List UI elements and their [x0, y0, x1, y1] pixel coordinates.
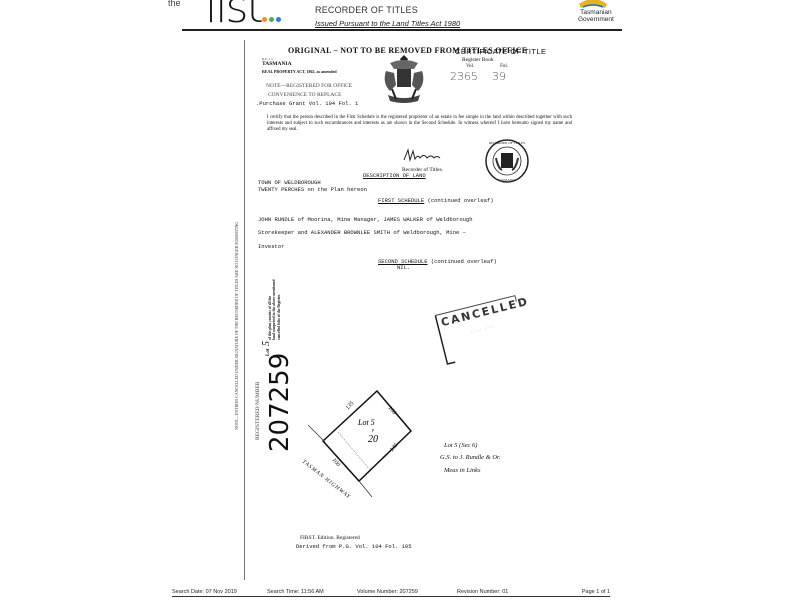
government-label: Tasmanian Government — [578, 9, 614, 23]
first-schedule-label: FIRST SCHEDULE — [378, 197, 424, 204]
svg-text:TASMANIA: TASMANIA — [498, 178, 517, 182]
logo-dots — [262, 17, 281, 22]
lot-prefix: Lot — [266, 349, 271, 357]
plan-note-lot: Lot 5 (Sec 6) — [444, 440, 500, 452]
svg-text:····· ····: ····· ···· — [470, 324, 495, 335]
revision-number: Revision Number: 01 — [457, 589, 567, 595]
lot-note-line3: cancelled folio of the Register. — [277, 280, 281, 341]
certificate-title: CERTIFICATE OF TITLE — [455, 47, 546, 56]
owners-line2: Storekeeper and ALEXANDER BROWNLEE SMITH… — [258, 226, 473, 239]
svg-text:CANCELLED: CANCELLED — [440, 295, 528, 329]
vol-value: 2365 — [450, 70, 478, 83]
cancellation-note: NOTE—ENTRIES CANCELLED UNDER SIGNATURE O… — [234, 221, 239, 430]
note-line2: CONVENIENCE TO REPLACE — [266, 91, 352, 100]
land-description: TOWN OF WELDBOROUGH TWENTY PERCHES on th… — [258, 179, 367, 193]
government-line1: Tasmanian — [578, 9, 614, 16]
lot-margin-note: of this plan consists of all the land co… — [268, 280, 281, 341]
lot-number-margin: Lot 5 — [261, 341, 272, 356]
edition-line: FIRST. Edition. Registered — [300, 535, 360, 541]
cancelled-stamp: CANCELLED ····· ···· — [433, 285, 528, 365]
register-book-label: Register Book — [462, 57, 494, 63]
vol-fol-labels: Vol. Fol. — [466, 64, 508, 69]
the-list-logo: LIST — [205, 0, 262, 30]
owners-line3: Investor — [258, 240, 473, 253]
lot-number: 5 — [261, 341, 272, 346]
plan-note-measure: Meas in Links — [444, 465, 500, 477]
margin-rule — [244, 40, 245, 580]
header-title: RECORDER OF TITLES — [315, 5, 418, 15]
recorder-signature — [402, 148, 442, 164]
registered-note: NOTE—REGISTERED FOR OFFICE CONVENIENCE T… — [266, 82, 352, 100]
header-subtitle: Issued Pursuant to the Land Titles Act 1… — [315, 19, 460, 28]
svg-text:20: 20 — [368, 434, 378, 445]
header-rule — [182, 29, 622, 31]
svg-text:100: 100 — [387, 405, 397, 416]
first-schedule-owners: JOHN RUNDLE of Moorina, Mine Manager, JA… — [258, 213, 473, 253]
second-schedule-value: NIL. — [397, 264, 410, 271]
recorder-of-titles-seal-icon: RECORDER OF TITLES TASMANIA — [484, 138, 530, 184]
volume-number: Volume Number: 207259 — [357, 589, 457, 595]
derived-line: Derived from P.G. Vol. 104 Fol. 105 — [296, 543, 412, 550]
government-line2: Government — [578, 16, 614, 23]
search-footer: Search Date: 07 Nov 2019 Search Time: 11… — [172, 589, 610, 597]
plan-note-grant: G.S. to J. Rundle & Or. — [440, 452, 500, 464]
page-indicator: Page 1 of 1 — [567, 589, 610, 595]
vol-fol-values: 2365 39 — [450, 70, 506, 83]
second-schedule-note: (continued overleaf) — [428, 258, 497, 265]
svg-text:Lot 5: Lot 5 — [357, 418, 375, 427]
fol-value: 39 — [492, 70, 506, 83]
registered-number-label: REGISTERED NUMBER — [255, 381, 261, 440]
royal-coat-of-arms-icon — [380, 55, 428, 107]
search-date: Search Date: 07 Nov 2019 — [172, 589, 267, 595]
svg-text:135: 135 — [345, 401, 355, 412]
logo-dot-green — [269, 17, 274, 22]
first-schedule-note: (continued overleaf) — [424, 197, 493, 204]
fol-label: Fol. — [500, 64, 508, 69]
purchase-grant: .Purchase Grant Vol. 104 Fol. 1 — [256, 100, 358, 107]
plan-notes: Lot 5 (Sec 6) G.S. to J. Rundle & Or. Me… — [444, 440, 500, 477]
logo-dot-orange — [262, 17, 267, 22]
svg-text:RECORDER OF TITLES: RECORDER OF TITLES — [489, 141, 526, 145]
logo-prefix: the — [168, 0, 181, 8]
town-line: TOWN OF WELDBOROUGH — [258, 179, 367, 186]
second-schedule-heading: SECOND SCHEDULE (continued overleaf) — [378, 258, 497, 265]
note-line1: NOTE—REGISTERED FOR OFFICE — [266, 82, 352, 91]
area-line: TWENTY PERCHES on the Plan hereon — [258, 186, 367, 193]
description-heading: DESCRIPTION OF LAND — [363, 172, 426, 179]
logo-dot-blue — [276, 17, 281, 22]
svg-text:P: P — [372, 428, 375, 433]
certification-text: I certify that the person described in t… — [267, 115, 572, 133]
vol-label: Vol. — [466, 64, 474, 69]
search-time: Search Time: 11:56 AM — [267, 589, 357, 595]
state-label: TASMANIA — [262, 61, 292, 67]
owners-line1: JOHN RUNDLE of Moorina, Mine Manager, JA… — [258, 213, 473, 226]
act-label: REAL PROPERTY ACT, 1862, as amended — [262, 69, 337, 74]
first-schedule-heading: FIRST SCHEDULE (continued overleaf) — [378, 197, 494, 204]
